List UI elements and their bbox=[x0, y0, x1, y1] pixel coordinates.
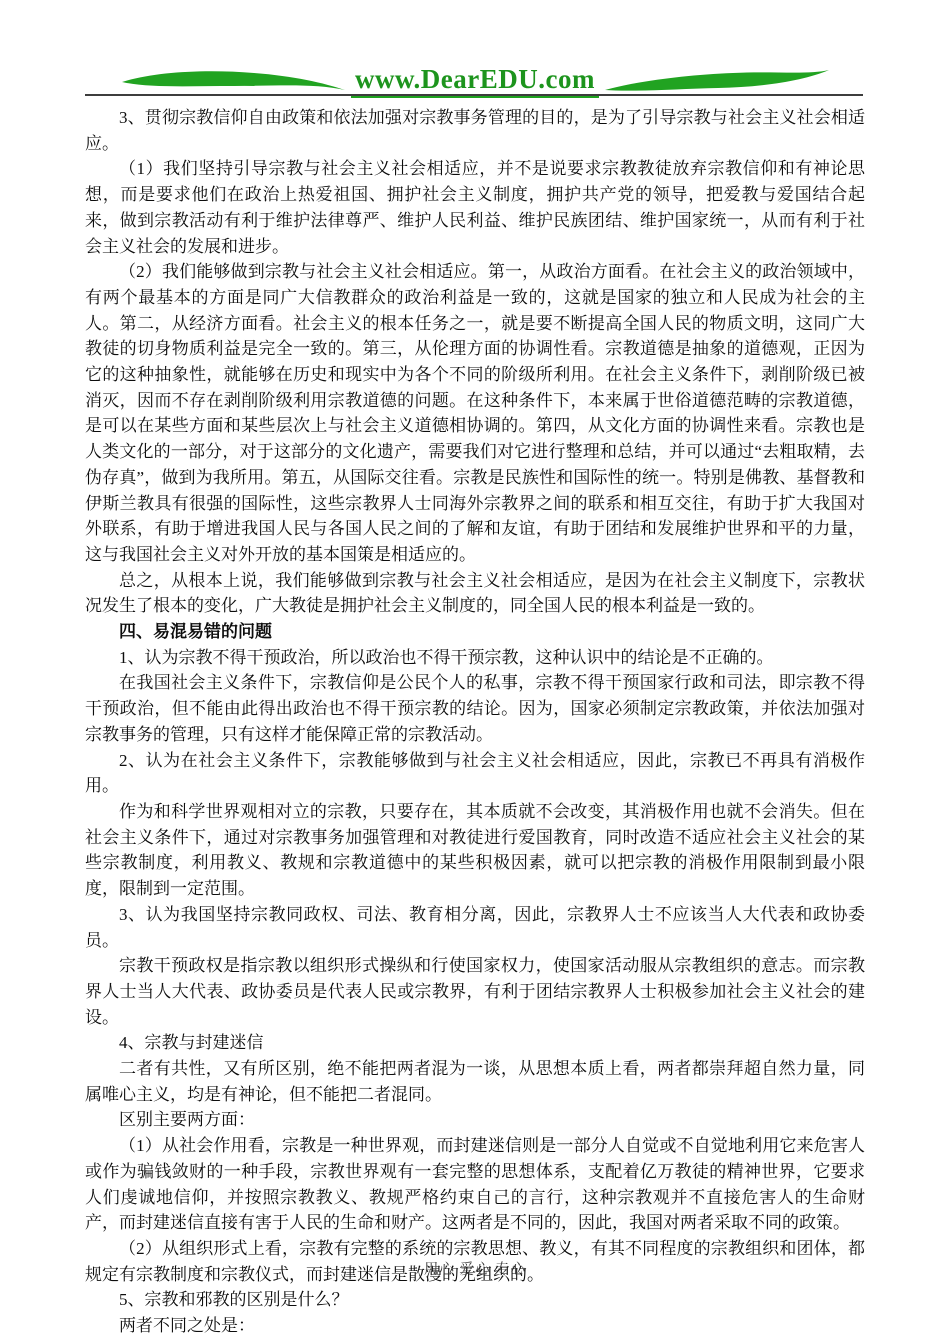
paragraph-3: （2）我们能够做到宗教与社会主义社会相适应。第一，从政治方面看。在社会主义的政治… bbox=[85, 259, 865, 567]
document-body: 3、贯彻宗教信仰自由政策和依法加强对宗教事务管理的目的，是为了引导宗教与社会主义… bbox=[85, 105, 865, 1339]
paragraph-2: （1）我们坚持引导宗教与社会主义社会相适应，并不是说要求宗教教徒放弃宗教信仰和有… bbox=[85, 156, 865, 259]
document-page: www.DearEDU.com 3、贯彻宗教信仰自由政策和依法加强对宗教事务管理… bbox=[0, 0, 950, 1344]
page-footer: 用心 爱心 专心 bbox=[0, 1258, 950, 1279]
paragraph-8: 2、认为在社会主义条件下，宗教能够做到与社会主义社会相适应，因此，宗教已不再具有… bbox=[85, 748, 865, 799]
swoosh-left-icon bbox=[119, 68, 347, 97]
site-header: www.DearEDU.com bbox=[0, 60, 950, 98]
paragraph-1: 3、贯彻宗教信仰自由政策和依法加强对宗教事务管理的目的，是为了引导宗教与社会主义… bbox=[85, 105, 865, 156]
swoosh-right-icon bbox=[603, 68, 831, 97]
paragraph-13: 二者有共性，又有所区别，绝不能把两者混为一谈，从思想本质上看，两者都崇拜超自然力… bbox=[85, 1056, 865, 1107]
paragraph-18: 两者不同之处是： bbox=[85, 1313, 865, 1339]
header-divider bbox=[85, 94, 863, 96]
footer-motto: 用心 爱心 专心 bbox=[424, 1262, 526, 1278]
paragraph-4: 总之，从根本上说，我们能够做到宗教与社会主义社会相适应，是因为在社会主义制度下，… bbox=[85, 568, 865, 619]
paragraph-10: 3、认为我国坚持宗教同政权、司法、教育相分离，因此，宗教界人士不应该当人大代表和… bbox=[85, 902, 865, 953]
paragraph-12: 4、宗教与封建迷信 bbox=[85, 1030, 865, 1056]
paragraph-11: 宗教干预政权是指宗教以组织形式操纵和行使国家权力，使国家活动服从宗教组织的意志。… bbox=[85, 953, 865, 1030]
paragraph-6: 1、认为宗教不得干预政治，所以政治也不得干预宗教，这种认识中的结论是不正确的。 bbox=[85, 645, 865, 671]
paragraph-17: 5、宗教和邪教的区别是什么？ bbox=[85, 1287, 865, 1313]
paragraph-15: （1）从社会作用看，宗教是一种世界观，而封建迷信则是一部分人自觉或不自觉地利用它… bbox=[85, 1133, 865, 1236]
paragraph-7: 在我国社会主义条件下，宗教信仰是公民个人的私事，宗教不得干预国家行政和司法，即宗… bbox=[85, 670, 865, 747]
paragraph-14: 区别主要两方面： bbox=[85, 1107, 865, 1133]
section-heading: 四、易混易错的问题 bbox=[85, 619, 865, 645]
paragraph-9: 作为和科学世界观相对立的宗教，只要存在，其本质就不会改变，其消极作用也就不会消失… bbox=[85, 799, 865, 902]
